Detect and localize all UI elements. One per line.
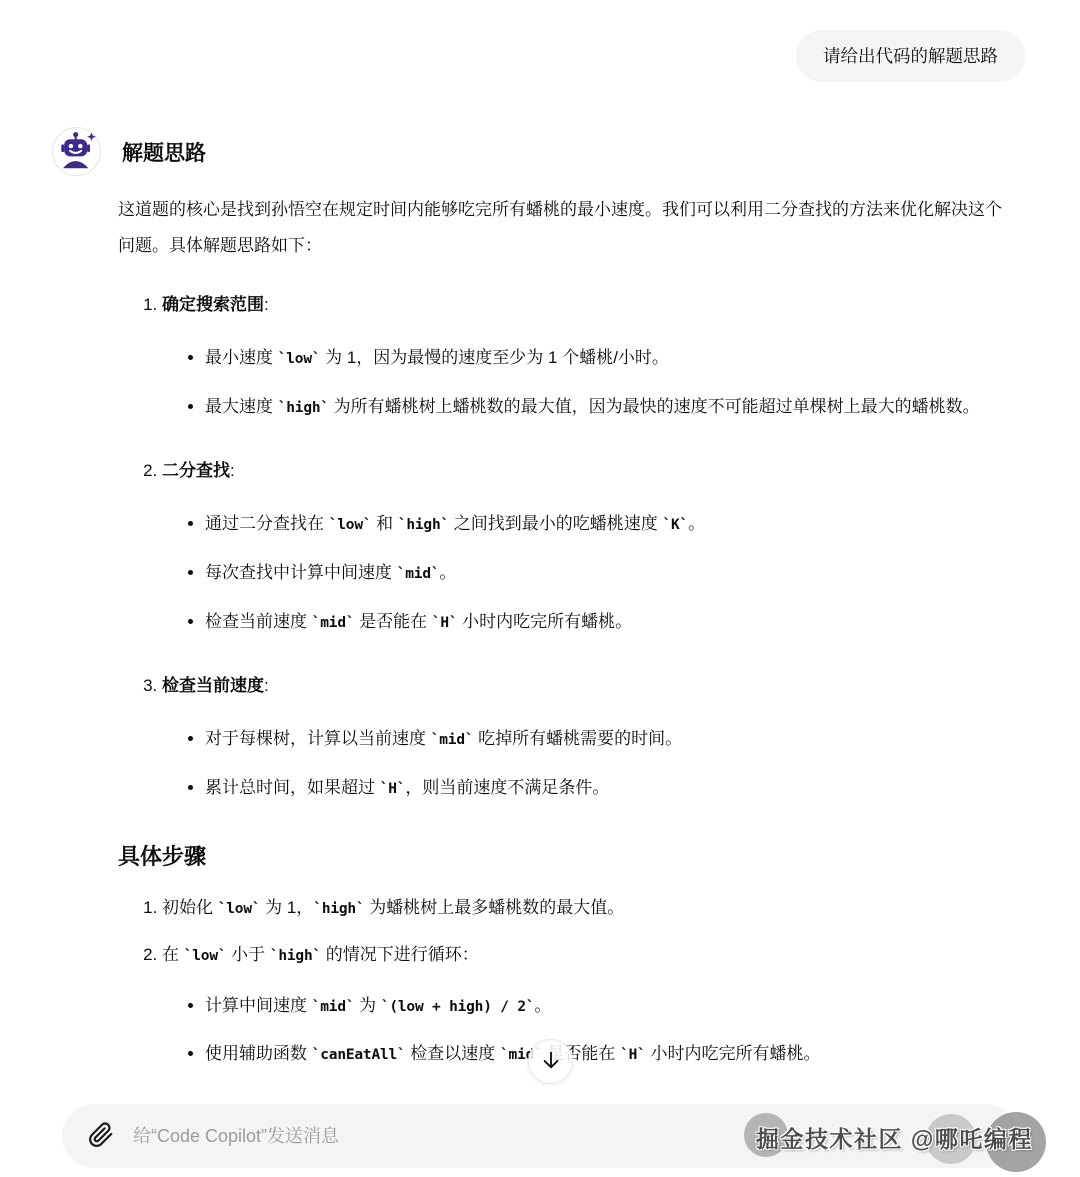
step-title-suffix: : xyxy=(230,461,235,480)
concrete-step-item: 在 `low` 小于 `high` 的情况下进行循环：计算中间速度 `mid` … xyxy=(162,937,1018,1073)
text-run: 每次查找中计算中间速度 xyxy=(205,563,397,582)
user-message-bubble: 请给出代码的解题思路 xyxy=(796,30,1025,82)
scroll-to-bottom-button[interactable] xyxy=(528,1039,573,1084)
bullet-item: 检查当前速度 `mid` 是否能在 `H` 小时内吃完所有蟠桃。 xyxy=(205,604,1018,641)
step-title: 二分查找 xyxy=(162,461,230,480)
text-run: 。 xyxy=(439,563,456,582)
assistant-message: 解题思路 这道题的核心是找到孙悟空在规定时间内能够吃完所有蟠桃的最小速度。我们可… xyxy=(0,127,1080,1073)
step-title-suffix: : xyxy=(264,295,269,314)
inline-code: `low` xyxy=(278,351,321,367)
intro-paragraph: 这道题的核心是找到孙悟空在规定时间内能够吃完所有蟠桃的最小速度。我们可以利用二分… xyxy=(118,192,1018,264)
concrete-steps-list: 初始化 `low` 为 1，`high` 为蟠桃树上最多蟠桃数的最大值。在 `l… xyxy=(118,890,1018,1073)
user-message-row: 请给出代码的解题思路 xyxy=(0,0,1080,82)
concrete-steps-heading: 具体步骤 xyxy=(118,839,1018,875)
inline-code: `canEatAll` xyxy=(312,1047,406,1063)
step-title-suffix: : xyxy=(264,676,269,695)
text-run: 小时内吃完所有蟠桃。 xyxy=(457,612,632,631)
text-run: 之间找到最小的吃蟠桃速度 xyxy=(449,514,662,533)
bullet-item: 计算中间速度 `mid` 为 `(low + high) / 2`。 xyxy=(205,988,1018,1025)
assistant-heading: 解题思路 xyxy=(122,137,206,167)
inline-code: `(low + high) / 2` xyxy=(381,999,535,1015)
inline-code: `H` xyxy=(380,781,406,797)
text-run: 。 xyxy=(688,514,705,533)
inline-code: `high` xyxy=(313,901,364,917)
inline-code: `high` xyxy=(398,517,449,533)
step-title: 确定搜索范围 xyxy=(162,295,264,314)
text-run: 为 xyxy=(354,996,380,1015)
bullet-item: 最小速度 `low` 为 1，因为最慢的速度至少为 1 个蟠桃/小时。 xyxy=(205,340,1018,377)
assistant-content: 这道题的核心是找到孙悟空在规定时间内能够吃完所有蟠桃的最小速度。我们可以利用二分… xyxy=(118,192,1018,1073)
inline-code: `high` xyxy=(270,948,321,964)
inline-code: `mid` xyxy=(431,732,474,748)
bullet-item: 最大速度 `high` 为所有蟠桃树上蟠桃数的最大值，因为最快的速度不可能超过单… xyxy=(205,389,1018,426)
text-run: 为 1，因为最慢的速度至少为 1 个蟠桃/小时。 xyxy=(320,348,669,367)
bullet-item: 累计总时间，如果超过 `H`，则当前速度不满足条件。 xyxy=(205,770,1018,807)
assistant-header: 解题思路 xyxy=(52,127,1080,176)
bullet-item: 使用辅助函数 `canEatAll` 检查以速度 `mid` 是否能在 `H` … xyxy=(205,1036,1018,1073)
text-run: 通过二分查找在 xyxy=(205,514,329,533)
text-run: 初始化 xyxy=(162,898,218,917)
assistant-avatar xyxy=(52,127,101,176)
step-item: 确定搜索范围:最小速度 `low` 为 1，因为最慢的速度至少为 1 个蟠桃/小… xyxy=(162,287,1018,426)
down-arrow-icon xyxy=(540,1049,562,1074)
text-run: 和 xyxy=(371,514,397,533)
inline-code: `H` xyxy=(620,1047,646,1063)
inline-code: `low` xyxy=(329,517,372,533)
bullet-item: 对于每棵树，计算以当前速度 `mid` 吃掉所有蟠桃需要的时间。 xyxy=(205,721,1018,758)
paperclip-icon xyxy=(88,1122,114,1151)
text-run: 。 xyxy=(534,996,551,1015)
text-run: 小于 xyxy=(226,945,269,964)
text-run: 这道题的核心是找到孙悟空在规定时间内能够吃完所有蟠桃的最小速度。我们可以利用二分… xyxy=(118,200,1002,255)
text-run: 最大速度 xyxy=(205,397,278,416)
attach-file-button[interactable] xyxy=(88,1122,114,1151)
text-run: 使用辅助函数 xyxy=(205,1044,312,1063)
text-run: 累计总时间，如果超过 xyxy=(205,778,380,797)
inline-code: `K` xyxy=(662,517,688,533)
message-composer xyxy=(62,1104,1018,1168)
bullet-list: 对于每棵树，计算以当前速度 `mid` 吃掉所有蟠桃需要的时间。累计总时间，如果… xyxy=(162,721,1018,807)
text-run: 为 1， xyxy=(260,898,313,917)
text-run: 是否能在 xyxy=(354,612,431,631)
text-run: 最小速度 xyxy=(205,348,278,367)
steps-list: 确定搜索范围:最小速度 `low` 为 1，因为最慢的速度至少为 1 个蟠桃/小… xyxy=(118,287,1018,807)
concrete-step-item: 初始化 `low` 为 1，`high` 为蟠桃树上最多蟠桃数的最大值。 xyxy=(162,890,1018,927)
step-item: 二分查找:通过二分查找在 `low` 和 `high` 之间找到最小的吃蟠桃速度… xyxy=(162,453,1018,641)
text-run: 检查当前速度 xyxy=(205,612,312,631)
text-run: 为蟠桃树上最多蟠桃数的最大值。 xyxy=(364,898,624,917)
bullet-list: 计算中间速度 `mid` 为 `(low + high) / 2`。使用辅助函数… xyxy=(162,988,1018,1073)
bullet-item: 通过二分查找在 `low` 和 `high` 之间找到最小的吃蟠桃速度 `K`。 xyxy=(205,506,1018,543)
bullet-list: 通过二分查找在 `low` 和 `high` 之间找到最小的吃蟠桃速度 `K`。… xyxy=(162,506,1018,641)
message-input[interactable] xyxy=(131,1125,992,1148)
inline-code: `mid` xyxy=(397,566,440,582)
bullet-list: 最小速度 `low` 为 1，因为最慢的速度至少为 1 个蟠桃/小时。最大速度 … xyxy=(162,340,1018,426)
inline-code: `high` xyxy=(278,400,329,416)
bullet-item: 每次查找中计算中间速度 `mid`。 xyxy=(205,555,1018,592)
step-item: 检查当前速度:对于每棵树，计算以当前速度 `mid` 吃掉所有蟠桃需要的时间。累… xyxy=(162,668,1018,807)
text-run: 对于每棵树，计算以当前速度 xyxy=(205,729,431,748)
text-run: 在 xyxy=(162,945,184,964)
inline-code: `mid` xyxy=(312,999,355,1015)
text-run: ，则当前速度不满足条件。 xyxy=(405,778,609,797)
inline-code: `H` xyxy=(432,615,458,631)
text-run: 的情况下进行循环： xyxy=(321,945,479,964)
text-run: 吃掉所有蟠桃需要的时间。 xyxy=(473,729,682,748)
text-run: 计算中间速度 xyxy=(205,996,312,1015)
step-title: 检查当前速度 xyxy=(162,676,264,695)
inline-code: `low` xyxy=(218,901,261,917)
text-run: 检查以速度 xyxy=(406,1044,500,1063)
text-run: 为所有蟠桃树上蟠桃数的最大值，因为最快的速度不可能超过单棵树上最大的蟠桃数。 xyxy=(329,397,980,416)
inline-code: `low` xyxy=(184,948,227,964)
text-run: 小时内吃完所有蟠桃。 xyxy=(646,1044,821,1063)
robot-icon xyxy=(56,129,97,175)
inline-code: `mid` xyxy=(312,615,355,631)
